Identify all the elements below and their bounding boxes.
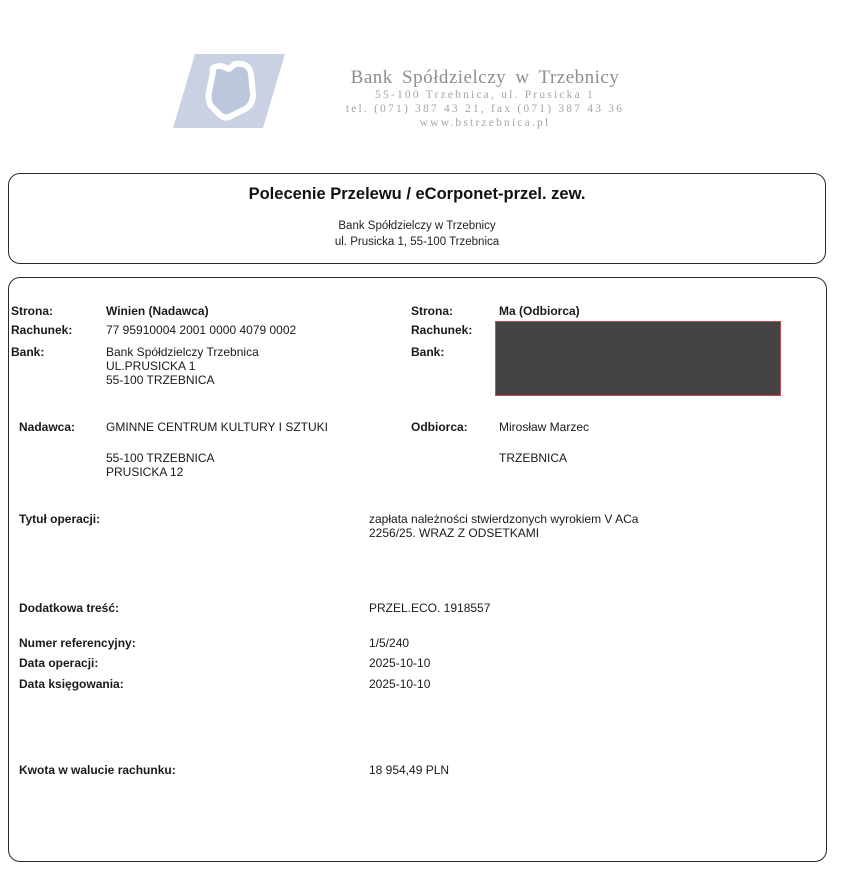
document-title: Polecenie Przelewu / eCorponet-przel. ze… (9, 185, 825, 204)
letterhead: Bank Spółdzielczy w Trzebnicy 55-100 Trz… (0, 0, 848, 160)
recipient-party-name: Mirosław Marzec (499, 420, 589, 434)
sender-side-value: Winien (Nadawca) (106, 304, 209, 318)
recipient-party-label: Odbiorca: (411, 420, 468, 434)
reference-number-label: Numer referencyjny: (19, 636, 136, 650)
document-header-box: Polecenie Przelewu / eCorponet-przel. ze… (8, 173, 826, 264)
recipient-party-address: TRZEBNICA (499, 451, 567, 465)
amount-label: Kwota w walucie rachunku: (19, 763, 176, 777)
recipient-account-label: Rachunek: (411, 323, 472, 337)
recipient-bank-label: Bank: (411, 345, 444, 359)
operation-date-value: 2025-10-10 (369, 656, 430, 670)
sender-side-label: Strona: (11, 304, 53, 318)
booking-date-label: Data księgowania: (19, 677, 124, 691)
operation-title-value: zapłata należności stwierdzonych wyrokie… (369, 512, 638, 540)
sender-party-address: 55-100 TRZEBNICA PRUSICKA 12 (106, 451, 215, 479)
sender-party-label: Nadawca: (19, 420, 75, 434)
sender-party-name: GMINNE CENTRUM KULTURY I SZTUKI (106, 420, 328, 434)
reference-number-value: 1/5/240 (369, 636, 409, 650)
booking-date-value: 2025-10-10 (369, 677, 430, 691)
operation-title-label: Tytuł operacji: (19, 512, 100, 526)
extra-content-label: Dodatkowa treść: (19, 601, 119, 615)
amount-value: 18 954,49 PLN (369, 763, 449, 777)
sender-bank-label: Bank: (11, 345, 44, 359)
redacted-recipient-account-bank (495, 321, 781, 396)
header-bank-address: ul. Prusicka 1, 55-100 Trzebnica (9, 234, 825, 250)
sender-account-label: Rachunek: (11, 323, 72, 337)
letterhead-website: www.bstrzebnica.pl (300, 116, 670, 130)
recipient-side-label: Strona: (411, 304, 453, 318)
bank-logo-icon (173, 54, 285, 128)
letterhead-address: 55-100 Trzebnica, ul. Prusicka 1 (300, 88, 670, 102)
recipient-side-value: Ma (Odbiorca) (499, 304, 580, 318)
sender-bank-value: Bank Spółdzielczy Trzebnica UL.PRUSICKA … (106, 345, 259, 387)
header-bank-name: Bank Spółdzielczy w Trzebnicy (9, 218, 825, 234)
operation-date-label: Data operacji: (19, 656, 98, 670)
letterhead-bank-name: Bank Spółdzielczy w Trzebnicy (300, 68, 670, 88)
extra-content-value: PRZEL.ECO. 1918557 (369, 601, 490, 615)
letterhead-phone: tel. (071) 387 43 21, fax (071) 387 43 3… (300, 102, 670, 116)
sender-account-value: 77 95910004 2001 0000 4079 0002 (106, 323, 296, 337)
bank-letterhead-text: Bank Spółdzielczy w Trzebnicy 55-100 Trz… (300, 68, 670, 130)
